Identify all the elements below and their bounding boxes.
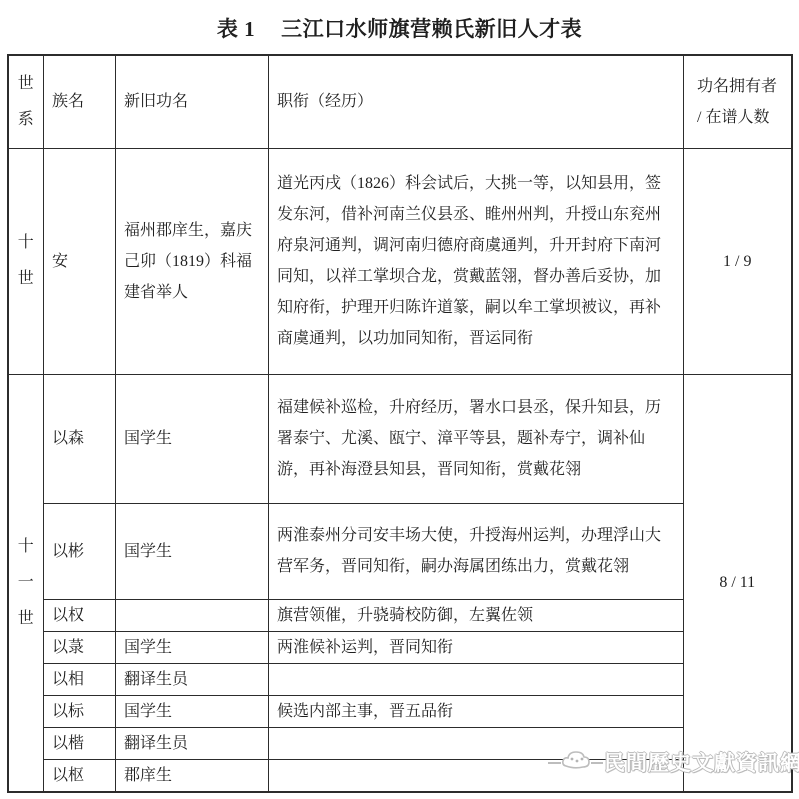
table-row: 以权 旗营领催，升骁骑校防御，左翼佐领 (8, 599, 792, 631)
career-cell (269, 663, 684, 695)
career-cell (269, 727, 684, 759)
table-row: 十世 安 福州郡庠生，嘉庆己卯（1819）科福建省举人 道光丙戌（1826）科会… (8, 148, 792, 374)
career-cell: 两淮泰州分司安丰场大使，升授海州运判，办理浮山大营军务，晋同知衔，嗣办海属团练出… (269, 503, 684, 599)
honors-cell: 国学生 (116, 631, 269, 663)
table-row: 以相 翻译生员 (8, 663, 792, 695)
member-name-cell: 以枢 (44, 759, 116, 792)
honors-cell (116, 599, 269, 631)
header-honors: 新旧功名 (116, 55, 269, 148)
ratio-cell: 8 / 11 (684, 374, 792, 792)
page-title: 表 1三江口水师旗营赖氏新旧人才表 (0, 0, 799, 43)
honors-cell: 国学生 (116, 374, 269, 503)
member-name-cell: 安 (44, 148, 116, 374)
honors-cell: 福州郡庠生，嘉庆己卯（1819）科福建省举人 (116, 148, 269, 374)
table-row: 以标 国学生 候选内部主事，晋五品衔 (8, 695, 792, 727)
table-row: 以彬 国学生 两淮泰州分司安丰场大使，升授海州运判，办理浮山大营军务，晋同知衔，… (8, 503, 792, 599)
member-name-cell: 以楷 (44, 727, 116, 759)
table-row: 以楷 翻译生员 (8, 727, 792, 759)
honors-cell: 国学生 (116, 503, 269, 599)
honors-cell: 翻译生员 (116, 663, 269, 695)
member-name-cell: 以彬 (44, 503, 116, 599)
honors-cell: 国学生 (116, 695, 269, 727)
career-cell: 道光丙戌（1826）科会试后，大挑一等，以知县用，签发东河，借补河南兰仪县丞、睢… (269, 148, 684, 374)
member-name-cell: 以标 (44, 695, 116, 727)
member-name-cell: 以森 (44, 374, 116, 503)
member-name-cell: 以相 (44, 663, 116, 695)
career-cell: 两淮候补运判，晋同知衔 (269, 631, 684, 663)
table-header-row: 世系 族名 新旧功名 职衔（经历） 功名拥有者 / 在谱人数 (8, 55, 792, 148)
talent-table: 世系 族名 新旧功名 职衔（经历） 功名拥有者 / 在谱人数 十世 安 福州郡庠… (7, 54, 793, 793)
career-cell (269, 759, 684, 792)
ratio-cell: 1 / 9 (684, 148, 792, 374)
table-row: 以枢 郡庠生 (8, 759, 792, 792)
table-row: 以菉 国学生 两淮候补运判，晋同知衔 (8, 631, 792, 663)
table-title-text: 三江口水师旗营赖氏新旧人才表 (281, 17, 582, 41)
generation-cell: 十一世 (8, 374, 44, 792)
header-clan-name: 族名 (44, 55, 116, 148)
career-cell: 候选内部主事，晋五品衔 (269, 695, 684, 727)
member-name-cell: 以权 (44, 599, 116, 631)
member-name-cell: 以菉 (44, 631, 116, 663)
honors-cell: 郡庠生 (116, 759, 269, 792)
header-ratio: 功名拥有者 / 在谱人数 (684, 55, 792, 148)
generation-cell: 十世 (8, 148, 44, 374)
table-row: 十一世 以森 国学生 福建候补巡检，升府经历，署水口县丞，保升知县，历署泰宁、尤… (8, 374, 792, 503)
honors-cell: 翻译生员 (116, 727, 269, 759)
table-number: 表 1 (217, 17, 255, 41)
career-cell: 旗营领催，升骁骑校防御，左翼佐领 (269, 599, 684, 631)
header-career: 职衔（经历） (269, 55, 684, 148)
header-generation: 世系 (8, 55, 44, 148)
career-cell: 福建候补巡检，升府经历，署水口县丞，保升知县，历署泰宁、尤溪、瓯宁、漳平等县，题… (269, 374, 684, 503)
